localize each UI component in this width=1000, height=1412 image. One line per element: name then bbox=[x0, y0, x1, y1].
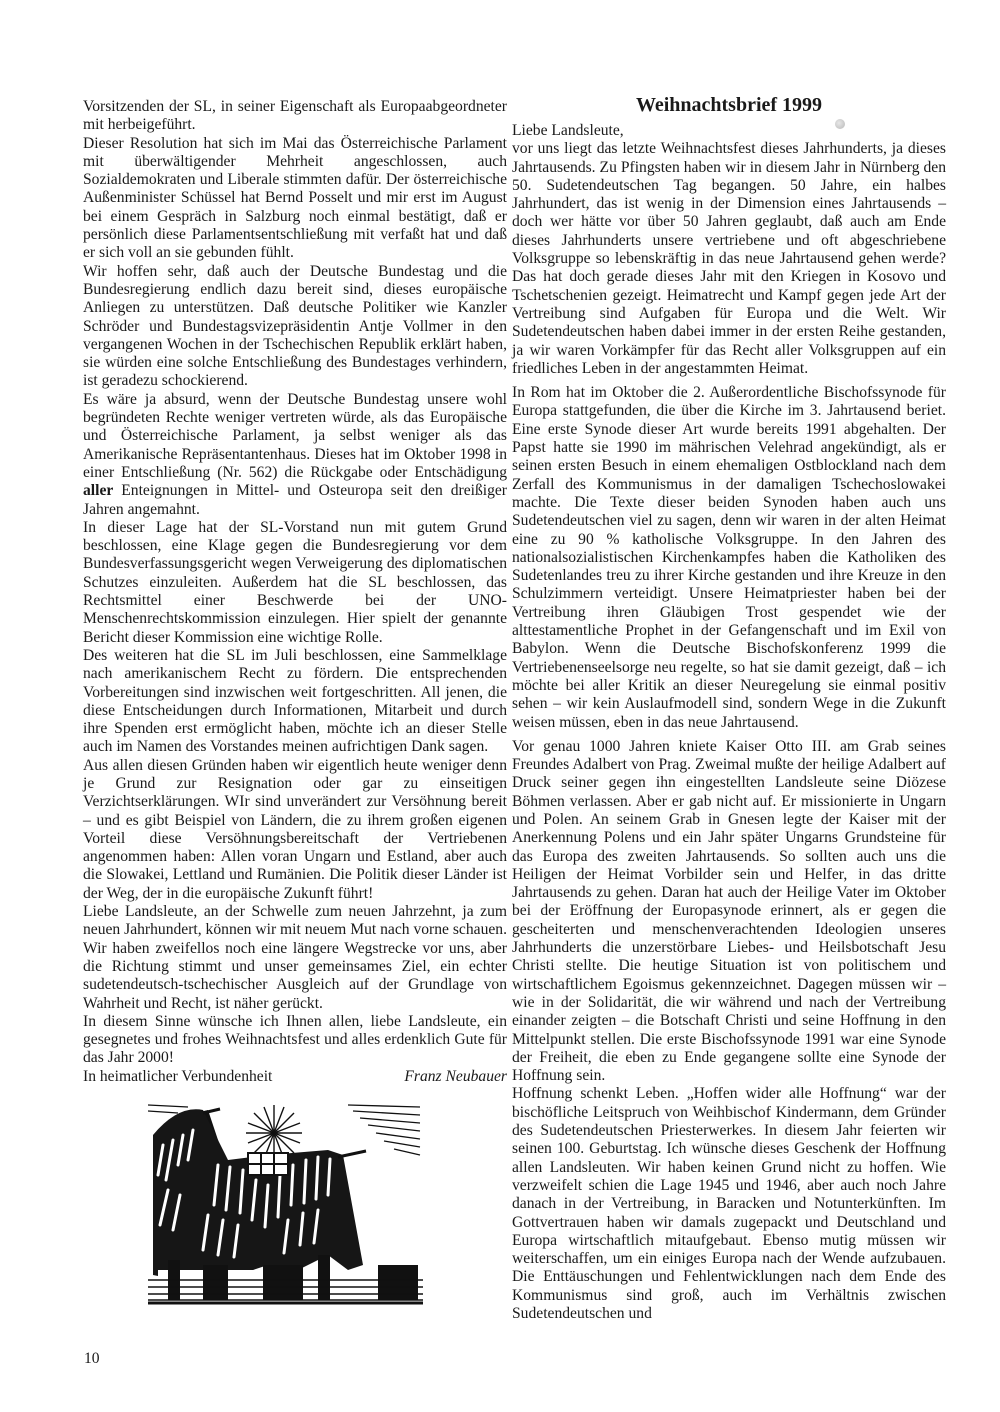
paragraph: Des weiteren hat die SL im Juli beschlos… bbox=[83, 647, 507, 757]
paragraph: Dieser Resolution hat sich im Mai das Ös… bbox=[83, 135, 507, 263]
nativity-stable-star-illustration-icon bbox=[148, 1095, 423, 1305]
left-column: Vorsitzenden der SL, in seiner Eigenscha… bbox=[83, 98, 507, 1086]
paragraph: Aus allen diesen Gründen haben wir eigen… bbox=[83, 757, 507, 903]
paragraph-text: Enteignungen in Mittel- und Osteuropa se… bbox=[83, 482, 507, 517]
paragraph: Liebe Landsleute, an der Schwelle zum ne… bbox=[83, 903, 507, 1013]
article-title: Weihnachtsbrief 1999 bbox=[512, 93, 946, 117]
page-number: 10 bbox=[84, 1350, 100, 1368]
paragraph: Vor genau 1000 Jahren kniete Kaiser Otto… bbox=[512, 738, 946, 1086]
salutation: Liebe Landsleute, bbox=[512, 122, 946, 140]
paragraph: Es wäre ja absurd, wenn der Deutsche Bun… bbox=[83, 391, 507, 519]
paragraph: Wir hoffen sehr, daß auch der Deutsche B… bbox=[83, 263, 507, 391]
paragraph: In dieser Lage hat der SL-Vorstand nun m… bbox=[83, 519, 507, 647]
paragraph: In diesem Sinne wünsche ich Ihnen allen,… bbox=[83, 1013, 507, 1068]
closing-phrase: In heimatlicher Verbundenheit bbox=[83, 1068, 272, 1086]
paragraph: Vorsitzenden der SL, in seiner Eigenscha… bbox=[83, 98, 507, 135]
right-column: Liebe Landsleute, vor uns liegt das letz… bbox=[512, 122, 946, 1323]
paragraph: vor uns liegt das letzte Weihnachtsfest … bbox=[512, 140, 946, 378]
signature-name: Franz Neubauer bbox=[404, 1068, 507, 1086]
paragraph: Hoffnung schenkt Leben. „Hoffen wider al… bbox=[512, 1085, 946, 1323]
paragraph: In Rom hat im Oktober die 2. Außerordent… bbox=[512, 384, 946, 732]
paragraph-text: Es wäre ja absurd, wenn der Deutsche Bun… bbox=[83, 391, 507, 481]
signature-line: In heimatlicher Verbundenheit Franz Neub… bbox=[83, 1068, 507, 1086]
emphasis-aller: aller bbox=[83, 482, 113, 499]
